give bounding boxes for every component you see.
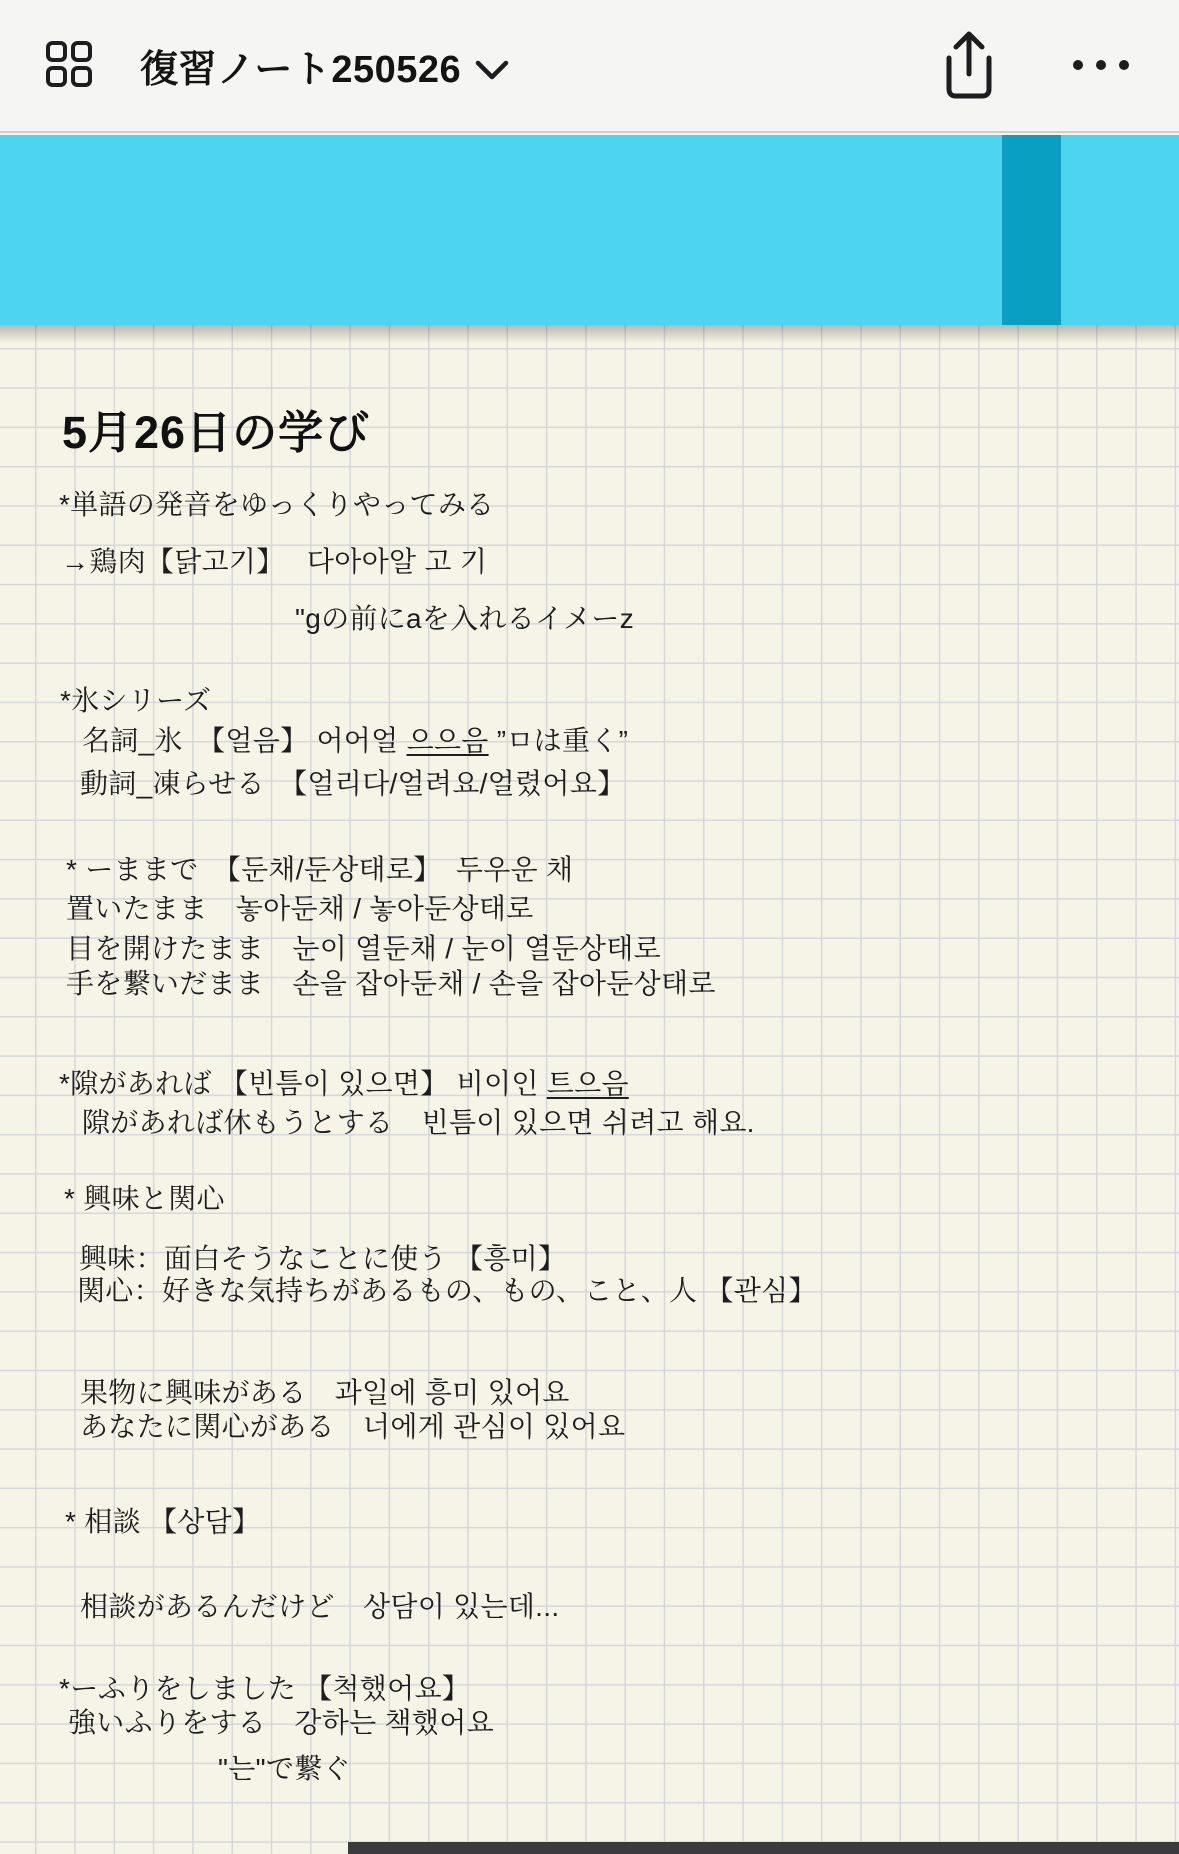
toolbar: 復習ノート250526 <box>0 0 1179 133</box>
note-line: 目を開けたまま 눈이 열둔채 / 눈이 열둔상태로 <box>66 932 661 966</box>
note-line: * 興味と関心 <box>64 1182 225 1216</box>
grid-icon <box>45 40 93 90</box>
note-line: * ーままで 【둔채/둔상태로】 두우운 채 <box>66 853 573 887</box>
note-line: 果物に興味がある 과일에 흥미 있어요 <box>80 1376 570 1410</box>
note-line: *ーふりをしました 【척했어요】 <box>59 1672 470 1706</box>
note-line: →鶏肉【닭고기】 다아아알 고 기 <box>61 545 487 579</box>
note-line: 相談があるんだけど 상담이 있는데... <box>80 1590 559 1624</box>
note-line: *氷シリーズ <box>60 684 211 718</box>
note-line: 興味：面白そうなことに使う 【흥미】 <box>79 1242 566 1276</box>
ellipsis-icon <box>1073 60 1129 70</box>
note-line: "gの前にaを入れるイメーz <box>295 602 634 636</box>
more-options-button[interactable] <box>1064 40 1138 90</box>
share-button[interactable] <box>938 28 1000 102</box>
note-line: あなたに関心がある 너에게 관심이 있어요 <box>80 1410 625 1444</box>
note-line: 関心：好きな気持ちがあるもの、もの、こと、人 【관심】 <box>77 1274 817 1308</box>
note-line: *単語の発音をゆっくりやってみる <box>59 488 494 522</box>
share-icon <box>938 28 1000 102</box>
note-line: 動詞_凍らせる 【얼리다/얼려요/얼렸어요】 <box>80 767 625 801</box>
note-app-screen: 復習ノート250526 <box>0 0 1179 1854</box>
note-line: 手を繋いだまま 손을 잡아둔채 / 손을 잡아둔상태로 <box>66 967 716 1001</box>
next-page-edge <box>348 1842 1179 1854</box>
note-line: *隙があれば 【빈틈이 있으면】 비이인 트으음 <box>59 1067 629 1101</box>
page-title: 5月26日の学び <box>62 396 370 461</box>
note-cover-banner <box>0 135 1179 325</box>
note-line: 名詞_氷 【얼음】 어어얼 으으음 ”ㅁは重く” <box>82 724 628 758</box>
thumbnail-grid-button[interactable] <box>45 40 93 90</box>
note-line: 隙があれば休もうとする 빈틈이 있으면 쉬려고 해요. <box>82 1106 755 1140</box>
banner-accent-bar <box>1002 135 1061 325</box>
note-line: "는"で繋ぐ <box>218 1752 351 1786</box>
note-line: * 相談 【상담】 <box>65 1505 260 1539</box>
note-line: 強いふりをする 강하는 책했어요 <box>68 1706 494 1740</box>
note-line: 置いたまま 놓아둔채 / 놓아둔상태로 <box>66 892 534 926</box>
note-title-dropdown[interactable]: 復習ノート250526 <box>140 0 509 131</box>
note-title: 復習ノート250526 <box>140 38 461 93</box>
chevron-down-icon <box>475 50 509 82</box>
